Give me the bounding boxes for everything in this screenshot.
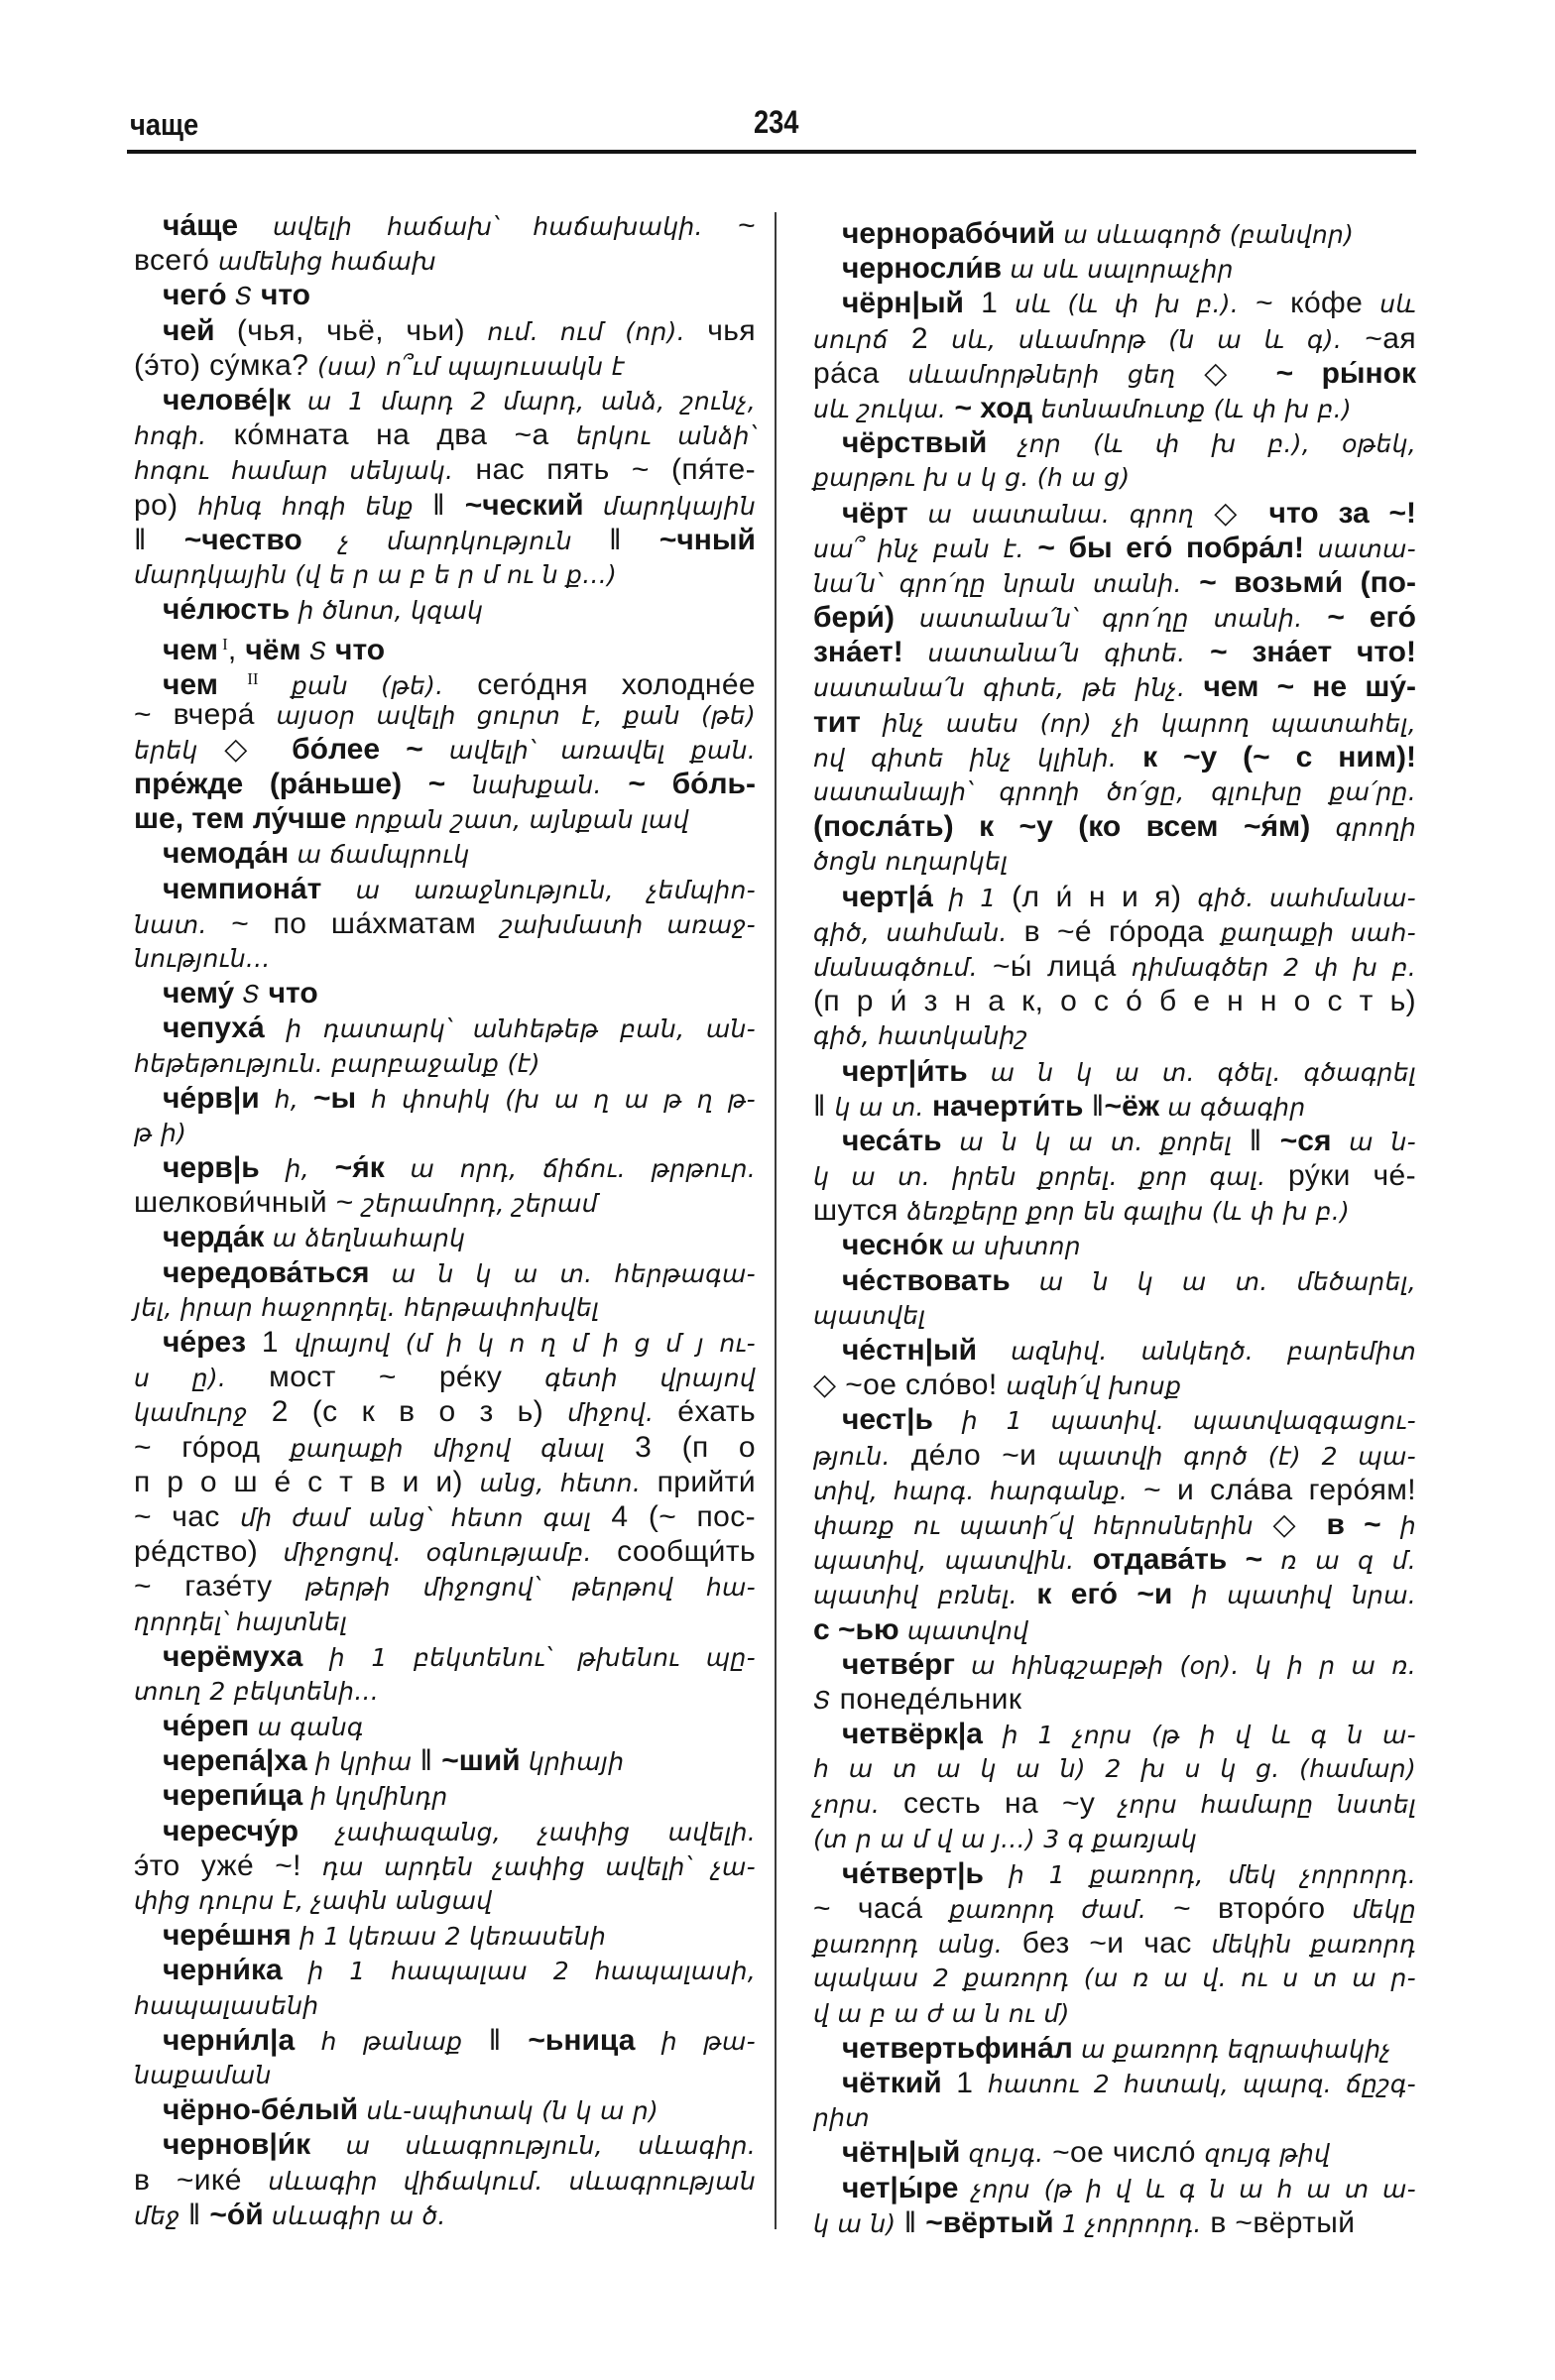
bold-russian-text: тит — [813, 706, 883, 739]
dictionary-entry: чему́ Տ что — [134, 976, 756, 1011]
entry-line: ~ час մի ժամ անց՝ հետո գալ 4 (~ пос- — [134, 1499, 756, 1534]
armenian-text: գիծ, հատկանիշ — [813, 1021, 1028, 1050]
armenian-text: 1 չորրորդ. — [1054, 2209, 1202, 2238]
armenian-text: ինչ ասես (որ) չի կարող պատահել, — [883, 709, 1416, 738]
armenian-text: թերթի միջոցով՝ թերթով հա- — [305, 1573, 756, 1602]
russian-text: ко́мната на два ~а — [206, 418, 575, 451]
armenian-text: մանագծում. — [813, 953, 978, 982]
armenian-text: ի 1 քառորդ, մեկ չորրորդ. — [984, 1860, 1416, 1889]
bold-russian-text: в ~ — [1326, 1508, 1380, 1541]
russian-text: ‖ — [489, 2024, 529, 2057]
entry-line: шелкови́чный ~ շերամորդ, շերամ — [134, 1185, 756, 1220]
entry-line: черни́ка ի 1 հապալաս 2 հապալասի, — [134, 1953, 756, 1987]
entry-line: че́рв|и հ, ~ы հ փոսիկ (խ ա ղ ա թ ղ թ- — [134, 1081, 756, 1116]
headword: чётн|ый — [842, 2136, 960, 2169]
russian-text: ‖ — [134, 524, 184, 556]
entry-line: պատվել — [813, 1298, 1416, 1333]
russian-text: в ~ике́ — [134, 2164, 268, 2197]
russian-text: ◇ — [1254, 1508, 1327, 1541]
armenian-text: հ թանաք — [295, 2027, 489, 2056]
entry-line: քառորդ անց. без ~и час մեկին քառորդ — [813, 1926, 1416, 1961]
right-column: чернорабо́чий ա սևագործ (բանվոր)черносли… — [813, 216, 1416, 2240]
armenian-text: պատվի գործ (է) 2 պա- — [1057, 1442, 1416, 1471]
armenian-text: տուղ 2 բեկտենի... — [134, 1677, 379, 1706]
entry-line: чего́ Տ что — [134, 278, 756, 312]
dictionary-entry: чесно́к ա սխտոր — [813, 1228, 1416, 1262]
armenian-text: կամուրջ — [134, 1398, 248, 1427]
armenian-text: քաղաքի միջով գնալ — [291, 1434, 605, 1463]
armenian-text: քարթու խ ս կ ց. (հ ա ց) — [813, 463, 1130, 492]
russian-text: ◇ — [1194, 497, 1269, 530]
entry-line: четвёрк|а ի 1 չորս (թ ի վ և գ ն ա- — [813, 1717, 1416, 1751]
armenian-text: ի կրիա — [307, 1747, 420, 1776]
entry-line: պակաս 2 քառորդ (ա ռ ա վ. ու ս տ ա ր- — [813, 1961, 1416, 1995]
entry-line: չորս. сесть на ~у չորս համարը նստել — [813, 1786, 1416, 1821]
armenian-text: ղորդել՝ հայտնել — [134, 1607, 347, 1636]
bold-russian-text: бери́) — [813, 601, 919, 634]
bold-russian-text: ~ зна́ет что! — [1185, 636, 1416, 668]
entry-line: чемпиона́т ա առաջնություն, չեմպիո- — [134, 872, 756, 906]
dictionary-entry: черносли́в ա սև սալորաչիր — [813, 251, 1416, 286]
entry-line: чем II քան (թե). сего́дня холодне́е — [134, 661, 756, 696]
russian-text: ‖ — [609, 524, 659, 556]
dictionary-entry: че́стн|ый ազնիվ. անկեղծ. բարեմիտ◇ ~ое сл… — [813, 1333, 1416, 1402]
armenian-text: Տ — [227, 282, 261, 310]
armenian-text: մարդկային (վ ե ր ա բ ե ր մ ու ն ք...) — [134, 560, 617, 589]
entry-line: սատանա՛ն գիտե, թե ինչ. чем ~ не шу́- — [813, 669, 1416, 704]
russian-text: шутся — [813, 1194, 906, 1227]
entry-line: че́рез 1 վրայով (մ ի կ ո ղ մ ի ց մ յ ու- — [134, 1325, 756, 1360]
entry-line: վ ա բ ա ժ ա ն ու մ) — [813, 1996, 1416, 2031]
armenian-text: ի 1 հապալաս 2 հապալասի, — [283, 1957, 756, 1985]
bold-russian-text: ~ся — [1280, 1125, 1332, 1157]
armenian-text: քառորդ ժամ. — [949, 1895, 1146, 1924]
armenian-text: ա առաջնություն, չեմպիո- — [321, 876, 756, 904]
armenian-text: նաքաման — [134, 2061, 272, 2089]
entry-line: ‖ ~чество չ մարդկություն ‖ ~чный — [134, 523, 756, 557]
entry-line: (э́то) су́мка? (սա) ո՞ւմ պայուսակն է — [134, 348, 756, 383]
armenian-text: գիծ. սահմանա- — [1197, 884, 1416, 912]
armenian-text: ա սևագրություն, սևագիր. — [310, 2131, 756, 2160]
entry-line: ով գիտե ինչ կլինի. к ~у (~ с ним)! — [813, 740, 1416, 774]
entry-line: փառք ու պատի՜վ հերոսներին ◇ в ~ ի — [813, 1507, 1416, 1542]
entry-line: նաքաման — [134, 2058, 756, 2092]
entry-line: че́реп ա գանգ — [134, 1709, 756, 1743]
russian-text: ‖ — [1250, 1125, 1280, 1157]
russian-text: ‖ — [188, 2199, 210, 2231]
entry-line: чёткий 1 հատու 2 հստակ, պարզ. ճըշգ- — [813, 2066, 1416, 2100]
entry-line: գիծ, հատկանիշ — [813, 1018, 1416, 1053]
armenian-text: փից դուրս է, չափն անցավ — [134, 1886, 492, 1915]
headword: че́реп — [163, 1710, 249, 1742]
headword: чересчу́р — [163, 1815, 299, 1847]
headword: че́люсть — [163, 593, 290, 626]
armenian-text: հ փոսիկ (խ ա ղ ա թ ղ թ- — [356, 1085, 756, 1114]
armenian-text: հապալասենի — [134, 1991, 318, 2020]
entry-line: ~ вчера́ այսօր ավելի ցուրտ է, քան (թե) — [134, 697, 756, 732]
armenian-text: ա ճամպրուկ — [289, 840, 469, 869]
entry-line: чередова́ться ա ն կ ա տ. հերթագա- — [134, 1255, 756, 1290]
armenian-text: ա քառորդ եզրափակիչ — [1073, 2035, 1391, 2064]
armenian-text: ի, — [260, 1154, 335, 1183]
russian-text: в ~е́ го́рода — [1008, 915, 1222, 948]
entry-line: տուղ 2 բեկտենի... — [134, 1674, 756, 1709]
entry-line: чет|ы́ре չորս (թ ի վ և գ ն ա հ ա տ ա- — [813, 2171, 1416, 2205]
armenian-text: չորս (թ ի վ և գ ն ա հ ա տ ա- — [958, 2175, 1416, 2203]
headword: чемода́н — [163, 837, 289, 870]
dictionary-entry: че́рез 1 վրայով (մ ի կ ո ղ մ ի ց մ յ ու-… — [134, 1325, 756, 1639]
headword: че́рез — [163, 1326, 246, 1359]
armenian-text: թյուն. — [813, 1442, 891, 1471]
bold-russian-text: ~чный — [659, 524, 756, 556]
entry-line: чернорабо́чий ա սևագործ (բանվոր) — [813, 216, 1416, 251]
dictionary-entry: чернов|и́к ա սևագրություն, սևագիր.в ~ике… — [134, 2127, 756, 2232]
armenian-text: ի 1 կեռաս 2 կեռասենի — [292, 1922, 606, 1951]
entry-line: че́тверт|ь ի 1 քառորդ, մեկ չորրորդ. — [813, 1856, 1416, 1891]
armenian-text: ս ը). — [134, 1364, 226, 1392]
dictionary-page: чаще 234 ча́ще ավելի հաճախ՝ հաճախակի. ~в… — [0, 0, 1555, 2380]
bold-russian-text: ~вёртый — [925, 2206, 1053, 2239]
entry-line: черепа́|ха ի կրիա ‖ ~ший կրիայի — [134, 1743, 756, 1778]
left-column: ча́ще ավելի հաճախ՝ հաճախակի. ~всего́ ամե… — [134, 208, 756, 2232]
armenian-text: ռ ա զ մ. — [1262, 1546, 1416, 1575]
entry-line: ղորդել՝ հայտնել — [134, 1605, 756, 1639]
armenian-text: չափազանց, չափից ավելի. — [299, 1818, 756, 1846]
armenian-text: ա ն կ ա տ. քորել — [942, 1128, 1250, 1156]
headword: черепи́ца — [163, 1779, 302, 1812]
entry-line: կ ա տ. իրեն քորել. քոր գալ. ру́ки че́- — [813, 1158, 1416, 1193]
entry-line: чёрствый չոր (և փ խ բ.), օթեկ, — [813, 425, 1416, 460]
armenian-text: թ ի) — [134, 1119, 186, 1147]
entry-line: գիծ, սահման. в ~е́ го́рода քաղաքի սահ- — [813, 914, 1416, 949]
headword: чет|ы́ре — [842, 2172, 958, 2204]
bold-russian-text: ~ возьми́ (по- — [1182, 566, 1416, 599]
armenian-text: չ մարդկություն — [302, 527, 609, 555]
armenian-text: սև — [1379, 290, 1416, 318]
russian-text: сообщи́ть — [592, 1535, 756, 1568]
headword: черт|и́ть — [842, 1055, 968, 1088]
entry-line: նա՛ն՝ գրո՛ղը նրան տանի. ~ возьми́ (по- — [813, 565, 1416, 600]
entry-line: черни́л|а հ թանաք ‖ ~ьница ի թա- — [134, 2023, 756, 2058]
bold-russian-text: ~ ход — [946, 392, 1040, 424]
entry-line: փից դուրս է, չափն անցավ — [134, 1883, 756, 1918]
dictionary-entry: чёрт ա սատանա. գրող ◇ что за ~!սա՞ ինչ բ… — [813, 496, 1416, 880]
russian-text: 1 — [964, 287, 1015, 319]
russian-text: всего́ — [134, 244, 218, 277]
headword: чёрт — [842, 497, 908, 530]
entry-line: թյուն. де́ло ~и պատվի գործ (է) 2 պա- — [813, 1438, 1416, 1473]
dictionary-entry: черда́к ա ձեղնահարկ — [134, 1220, 756, 1254]
russian-text: ◇ — [198, 733, 293, 766]
entry-line: челове́|к ա 1 մարդ 2 մարդ, անձ, շունչ, — [134, 383, 756, 417]
entry-line: п р о ш е́ с т в и и) անց, հետո. прийти́ — [134, 1465, 756, 1499]
armenian-text: ի պատիվ նրա. — [1172, 1581, 1416, 1609]
dictionary-entry: четве́рг ա հինգշաբթի (օր). կ ի ր ա ռ.Տ п… — [813, 1647, 1416, 1717]
bold-russian-text: с ~ью — [813, 1613, 899, 1646]
entry-line: նություն... — [134, 941, 756, 976]
entry-line: ~ газе́ту թերթի միջոցով՝ թերթով հա- — [134, 1569, 756, 1604]
entry-line: чётн|ый զույգ. ~ое число́ զույգ թիվ — [813, 2135, 1416, 2170]
armenian-text: պատվով — [899, 1616, 1029, 1645]
russian-text: ~ го́род — [134, 1431, 291, 1464]
armenian-text: չոր (և փ խ բ.), օթեկ, — [987, 429, 1416, 458]
armenian-text: Տ — [234, 980, 268, 1009]
russian-text: ~ часа́ — [813, 1892, 949, 1925]
headword: чёрно-бе́лый — [163, 2093, 358, 2126]
entry-line: чересчу́р չափազանց, չափից ավելի. — [134, 1814, 756, 1848]
dictionary-entry: че́люсть ի ծնոտ, կզակ — [134, 592, 756, 627]
entry-line: (посла́ть) к ~у (ко всем ~я́м) գրողի — [813, 809, 1416, 844]
armenian-text: յել, իրար հաջորդել. հերթափոխվել — [134, 1293, 599, 1322]
russian-text: ~ — [703, 209, 756, 242]
entry-line: ~ часа́ քառորդ ժամ. ~ второ́го մեկը — [813, 1891, 1416, 1926]
entry-line: (տ ր ա մ վ ա յ...) 3 գ քառյակ — [813, 1822, 1416, 1856]
russian-text: е́хать — [654, 1395, 756, 1428]
armenian-text: ձեռքերը քոր են գալիս (և փ խ բ.) — [906, 1197, 1350, 1226]
armenian-text: մեկը — [1352, 1895, 1416, 1924]
armenian-text: փառք ու պատի՜վ հերոսներին — [813, 1511, 1254, 1540]
entry-line: ре́дство) միջոցով. օգնությամբ. сообщи́ть — [134, 1534, 756, 1569]
armenian-text: միջով. — [567, 1398, 654, 1427]
entry-line: ծոցն ուղարկել — [813, 844, 1416, 879]
russian-text: э́то уже́ ~! — [134, 1849, 322, 1882]
russian-text: 4 (~ пос- — [591, 1500, 756, 1533]
entry-line: հոգի. ко́мната на два ~а երկու անձի՝ — [134, 417, 756, 452]
bold-russian-text: ~ бо́ль- — [602, 768, 756, 800]
armenian-text: կրիայի — [521, 1747, 625, 1776]
entry-line: черепи́ца ի կղմինդր — [134, 1778, 756, 1813]
russian-text: ‖ — [1092, 1090, 1105, 1123]
russian-text: ро) — [134, 489, 197, 522]
entry-line: մանագծում. ~ы́ лица́ դիմագծեր 2 փ խ բ. — [813, 949, 1416, 984]
headword: чёрствый — [842, 426, 987, 459]
headword: чеса́ть — [842, 1125, 942, 1157]
entry-line: черёмуха ի 1 բեկտենու՝ թխենու պը- — [134, 1639, 756, 1674]
headword: четвёрк|а — [842, 1718, 983, 1750]
russian-text: шелкови́чный ~ — [134, 1186, 362, 1219]
dictionary-entry: черт|а́ ի 1 (л и́ н и я) գիծ. սահմանա-գի… — [813, 880, 1416, 1054]
entry-line: հեթեթություն. բարբաջանք (է) — [134, 1046, 756, 1081]
entry-line: մեջ ‖ ~о́й սևագիր ա ծ. — [134, 2198, 756, 2232]
headword: чередова́ться — [163, 1256, 370, 1289]
dictionary-entry: черепи́ца ի կղմինդր — [134, 1778, 756, 1813]
entry-line: пре́жде (ра́ньше) ~ նախքան. ~ бо́ль- — [134, 767, 756, 801]
russian-text: без ~и час — [1003, 1927, 1211, 1960]
entry-line: черда́к ա ձեղնահարկ — [134, 1220, 756, 1254]
entry-line: ча́ще ավելի հաճախ՝ հաճախակի. ~ — [134, 208, 756, 243]
entry-line: зна́ет! սատանա՛ն գիտե. ~ зна́ет что! — [813, 635, 1416, 669]
entry-line: ~ го́род քաղաքի միջով գնալ 3 (п о — [134, 1430, 756, 1465]
entry-line: սատանայի՝ գրողի ծո՛ցը, գլուխը քա՛րը. — [813, 774, 1416, 809]
russian-text: ~ ко́фе — [1239, 287, 1379, 319]
headword: че́тверт|ь — [842, 1857, 984, 1890]
headword: черносли́в — [842, 252, 1002, 285]
armenian-text: հոգի. — [134, 421, 206, 450]
headword: чёткий — [842, 2067, 942, 2099]
russian-text: ◇ ~ое сло́во! — [813, 1368, 1006, 1401]
armenian-text: սուրճ — [813, 325, 889, 354]
armenian-text: սև (և փ խ բ.). — [1015, 290, 1239, 318]
armenian-text: միջոցով. օգնությամբ. — [283, 1538, 591, 1567]
russian-text: ра́са — [813, 357, 907, 390]
russian-text: ‖ — [420, 1744, 442, 1777]
bold-russian-text: ~чество — [184, 524, 302, 556]
headword: черда́к — [163, 1221, 264, 1253]
entry-line: հոգու համար սենյակ. нас пять ~ (пя́те- — [134, 452, 756, 487]
bold-russian-text: что — [269, 977, 318, 1010]
armenian-text: երեկ — [134, 736, 198, 765]
armenian-text: պակաս 2 քառորդ (ա ռ ա վ. ու ս տ ա ր- — [813, 1963, 1416, 1992]
armenian-text: ազնի՛վ խոսք — [1006, 1371, 1181, 1400]
armenian-text: պատվել — [813, 1301, 925, 1330]
headword: чест|ь — [842, 1403, 933, 1436]
headword: черни́л|а — [163, 2024, 295, 2057]
dictionary-entry: чере́шня ի 1 կեռաս 2 կեռասենի — [134, 1918, 756, 1953]
armenian-text: սև, սևամորթ (ն ա և գ). — [951, 325, 1342, 354]
armenian-text: երկու անձի՝ — [576, 421, 756, 450]
armenian-text: ա սևագործ (բանվոր) — [1055, 220, 1354, 249]
armenian-text: ավելի հաճախ՝ հաճախակի. — [238, 212, 703, 241]
armenian-text: ազնիվ. անկեղծ. բարեմիտ — [977, 1337, 1416, 1366]
bold-russian-text: ~ший — [441, 1744, 520, 1777]
armenian-text: այսօր ավելի ցուրտ է, քան (թե) — [277, 701, 756, 730]
armenian-text: սատանա՛ն՝ գրո՛ղը տանի. — [919, 604, 1303, 633]
dictionary-entry: чересчу́р չափազանց, չափից ավելի.э́то уже… — [134, 1814, 756, 1919]
bold-russian-text: ~ его́ — [1302, 601, 1416, 634]
bold-russian-text: ~ ры́нок — [1276, 357, 1416, 390]
entry-line: յել, իրար հաջորդել. հերթափոխվել — [134, 1290, 756, 1325]
armenian-text: քաղաքի սահ- — [1221, 918, 1416, 947]
entry-line: սուրճ 2 սև, սևամորթ (ն ա և գ). ~ая — [813, 321, 1416, 356]
dictionary-entry: чёрствый չոր (և փ խ բ.), օթեկ,քարթու խ ս… — [813, 425, 1416, 495]
entry-line: երեկ ◇ бо́лее ~ ավելի՝ առավել քան. — [134, 732, 756, 767]
entry-line: թ ի) — [134, 1116, 756, 1150]
armenian-text: մարդկային — [584, 492, 756, 521]
armenian-text: ի 1 պատիվ. պատվազգացու- — [933, 1406, 1416, 1435]
armenian-text: ով գիտե ինչ կլինի. — [813, 744, 1117, 773]
dictionary-entry: черепа́|ха ի կրիա ‖ ~ший կրիայի — [134, 1743, 756, 1778]
bold-russian-text: что — [261, 279, 310, 311]
headword: чере́шня — [163, 1919, 292, 1952]
entry-line: в ~ике́ սևագիր վիճակում. սևագրության — [134, 2163, 756, 2198]
russian-text: (э́то) су́мка? — [134, 349, 317, 382]
russian-text: ~ вчера́ — [134, 698, 277, 731]
dictionary-entry: чёткий 1 հատու 2 հստակ, պարզ. ճըշգ-րիտ — [813, 2066, 1416, 2135]
armenian-text: ում. ում (որ). — [487, 317, 685, 346]
russian-text: ~ое число́ — [1043, 2136, 1204, 2169]
russian-text: ~ газе́ту — [134, 1570, 305, 1603]
russian-text: чья — [685, 314, 756, 347]
armenian-text: դիմագծեր 2 փ խ բ. — [1132, 953, 1416, 982]
russian-text: в ~вёртый — [1202, 2206, 1356, 2239]
armenian-text: նություն... — [134, 944, 271, 973]
armenian-text: րիտ — [813, 2103, 870, 2132]
dictionary-entry: черв|ь ի, ~я́к ա որդ, ճիճու. թրթուր.шелк… — [134, 1150, 756, 1220]
russian-text: ~ая — [1342, 322, 1416, 355]
bold-russian-text: ~ёж — [1105, 1090, 1159, 1123]
bold-russian-text: к ~у (~ с ним)! — [1117, 741, 1416, 773]
entry-line: чёрт ա սատանա. գրող ◇ что за ~! — [813, 496, 1416, 531]
armenian-text: ա ն կ ա տ. գծել. գծագրել — [968, 1058, 1416, 1087]
dictionary-entry: чернорабо́чий ա սևագործ (բանվոր) — [813, 216, 1416, 251]
dictionary-entry: чёрн|ый 1 սև (և փ խ բ.). ~ ко́фе սևսուրճ… — [813, 286, 1416, 425]
armenian-text: շերամորդ, շերամ — [362, 1189, 597, 1218]
russian-text: ре́дство) — [134, 1535, 283, 1568]
dictionary-entry: четвертьфина́л ա քառորդ եզրափակիչ — [813, 2031, 1416, 2066]
entry-line: чем I, чём Տ что — [134, 627, 756, 661]
dictionary-entry: чем I, чём Տ что — [134, 627, 756, 661]
entry-line: бери́) սատանա՛ն՝ գրո՛ղը տանի. ~ его́ — [813, 600, 1416, 635]
headword: чего́ — [163, 279, 227, 311]
dictionary-entry: чётн|ый զույգ. ~ое число́ զույգ թիվ — [813, 2135, 1416, 2170]
headword: чей — [163, 314, 215, 347]
entry-line: ◇ ~ое сло́во! ազնի՛վ խոսք — [813, 1368, 1416, 1402]
armenian-text: ա ն կ ա տ. հերթագա- — [370, 1259, 756, 1288]
dictionary-entry: чемпиона́т ա առաջնություն, չեմպիո-նատ. ~… — [134, 872, 756, 977]
dictionary-entry: челове́|к ա 1 մարդ 2 մարդ, անձ, շունչ,հո… — [134, 383, 756, 592]
entry-line: ‖ կ ա տ. начерти́ть ‖~ёж ա գծագիր — [813, 1089, 1416, 1124]
entry-line: чест|ь ի 1 պատիվ. պատվազգացու- — [813, 1402, 1416, 1437]
armenian-text: սև շուկա. — [813, 395, 946, 423]
entry-line: черт|и́ть ա ն կ ա տ. գծել. գծագրել — [813, 1054, 1416, 1089]
entry-line: чёрно-бе́лый սև-սպիտակ (ն կ ա ր) — [134, 2092, 756, 2127]
headword: черв|ь — [163, 1151, 260, 1184]
dictionary-entry: чередова́ться ա ն կ ա տ. հերթագա-յել, իր… — [134, 1255, 756, 1325]
russian-text: прийти́ — [641, 1466, 756, 1498]
entry-line: սև շուկա. ~ ход ետնամուտք (և փ խ բ.) — [813, 391, 1416, 425]
dictionary-entry: чемода́н ա ճամպրուկ — [134, 836, 756, 871]
dictionary-entry: ча́ще ավելի հաճախ՝ հաճախակի. ~всего́ ամե… — [134, 208, 756, 278]
entry-line: э́то уже́ ~! դա արդեն չափից ավելի՝ չա- — [134, 1848, 756, 1883]
armenian-text: ա 1 մարդ 2 մարդ, անձ, շունչ, — [291, 387, 756, 416]
headword: челове́|к — [163, 384, 291, 416]
armenian-text: զույգ. — [960, 2139, 1043, 2168]
dictionary-entry: чёрно-бе́лый սև-սպիտակ (ն կ ա ր) — [134, 2092, 756, 2127]
entry-line: черт|а́ ի 1 (л и́ н и я) գիծ. սահմանա- — [813, 880, 1416, 914]
armenian-text: ա սև սալորաչիր — [1002, 255, 1234, 284]
armenian-text: կ ա տ. իրեն քորել. քոր գալ. — [813, 1162, 1265, 1191]
headword: чему́ — [163, 977, 234, 1010]
russian-text: (п р и́ з н а к, о с о́ б е н н о с т ь) — [813, 985, 1416, 1017]
russian-text: п р о ш е́ с т в и и) — [134, 1466, 479, 1498]
armenian-text: ա ն կ ա տ. մեծարել, — [1011, 1267, 1416, 1296]
armenian-text: սևամորթների ցեղ — [907, 360, 1175, 389]
headword: чемпиона́т — [163, 873, 321, 905]
armenian-text: Տ — [813, 1686, 831, 1715]
column-divider — [775, 212, 777, 2229]
armenian-text: ա ձեղնահարկ — [264, 1224, 465, 1252]
dictionary-entry: чеса́ть ա ն կ ա տ. քորել ‖ ~ся ա ն-կ ա տ… — [813, 1124, 1416, 1229]
entry-line: чепуха́ ի դատարկ՝ անհեթեթ բան, ան- — [134, 1011, 756, 1045]
armenian-text: շախմատի առաջ- — [501, 910, 756, 939]
entry-line: քարթու խ ս կ ց. (հ ա ց) — [813, 460, 1416, 495]
entry-line: чёрн|ый 1 սև (և փ խ բ.). ~ ко́фе սև — [813, 286, 1416, 320]
entry-line: կամուրջ 2 (с к в о з ь) միջով. е́хать — [134, 1394, 756, 1429]
russian-text: понеде́льник — [831, 1683, 1021, 1716]
russian-text: ‖ — [904, 2206, 926, 2239]
dictionary-entry: че́ствовать ա ն կ ա տ. մեծարել,պատվել — [813, 1263, 1416, 1333]
russian-text: мост ~ ре́ку — [226, 1361, 544, 1393]
russian-text: 2 — [889, 322, 952, 355]
armenian-text: (տ ր ա մ վ ա յ...) 3 գ քառյակ — [813, 1825, 1197, 1853]
headword: черт|а́ — [842, 881, 933, 913]
dictionary-entry: че́реп ա գանգ — [134, 1709, 756, 1743]
armenian-text: ի 1 — [933, 884, 1012, 912]
bold-russian-text: зна́ет! — [813, 636, 928, 668]
headword: четве́рг — [842, 1648, 955, 1681]
armenian-text: ա հինգշաբթի (օր). կ ի ր ա ռ. — [955, 1651, 1416, 1680]
headword: черёмуха — [163, 1640, 302, 1673]
